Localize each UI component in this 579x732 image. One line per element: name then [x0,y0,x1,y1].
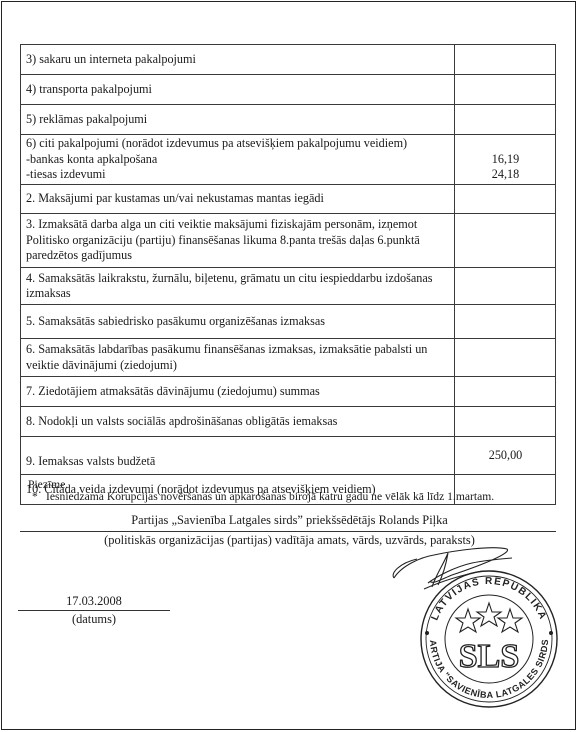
table-row: 7. Ziedotājiem atmaksātās dāvinājumu (zi… [21,377,556,407]
row-label: 5) reklāmas pakalpojumi [21,105,455,135]
row-value: 250,00 [455,437,556,475]
row-value [455,185,556,214]
row-label: 3) sakaru un interneta pakalpojumi [21,45,455,75]
sub-item-label: -bankas konta apkalpošana [26,152,449,168]
sub-item-value: 24,18 [460,167,551,183]
row-label: 6) citi pakalpojumi (norādot izdevumus p… [26,136,449,152]
row-value [455,377,556,407]
row-value [455,305,556,339]
table-row: 4. Samaksātās laikrakstu, žurnālu, biļet… [21,268,556,305]
row-label: 3. Izmaksātā darba alga un citi veiktie … [21,214,455,268]
row-label: 6. Samaksātās labdarības pasākumu finans… [21,339,455,377]
row-label: 2. Maksājumi par kustamas un/vai nekusta… [21,185,455,214]
note-item: * Iesniedzama Korupcijas novēršanas un a… [46,490,494,504]
row-label: 5. Samaksātās sabiedrisko pasākumu organ… [21,305,455,339]
table-row: 3. Izmaksātā darba alga un citi veiktie … [21,214,556,268]
row-label: 8. Nodokļi un valsts sociālās apdrošināš… [21,407,455,437]
sub-item-value: 16,19 [460,152,551,168]
note-text: Iesniedzama Korupcijas novēršanas un apk… [46,490,494,503]
table-row: 3) sakaru un interneta pakalpojumi [21,45,556,75]
signature-line [20,531,556,532]
row-value [455,339,556,377]
row-value [455,214,556,268]
date-value: 17.03.2008 [18,594,170,611]
note-marker: * [32,490,38,504]
row-label-group: 6) citi pakalpojumi (norādot izdevumus p… [21,135,455,185]
row-label: 4) transporta pakalpojumi [21,75,455,105]
table-row: 6. Samaksātās labdarības pasākumu finans… [21,339,556,377]
table-row: 9. Iemaksas valsts budžetā 250,00 [21,437,556,475]
signatory-name: Partijas „Savienība Latgales sirds” prie… [0,513,579,528]
seal-stamp-icon: LATVIJAS REPUBLIKA PARTIJA "SAVIENĪBA LA… [372,545,572,715]
table-row: 6) citi pakalpojumi (norādot izdevumus p… [21,135,556,185]
row-value [455,75,556,105]
table-row: 2. Maksājumi par kustamas un/vai nekusta… [21,185,556,214]
svg-text:LATVIJAS REPUBLIKA: LATVIJAS REPUBLIKA [430,576,549,622]
row-label: 4. Samaksātās laikrakstu, žurnālu, biļet… [21,268,455,305]
table-row: 4) transporta pakalpojumi [21,75,556,105]
row-value [455,407,556,437]
row-value [455,268,556,305]
row-value-group: 16,19 24,18 [455,135,556,185]
expenses-table: 3) sakaru un interneta pakalpojumi 4) tr… [20,44,556,505]
date-caption: (datums) [18,612,170,627]
table-row: 5. Samaksātās sabiedrisko pasākumu organ… [21,305,556,339]
table-row: 8. Nodokļi un valsts sociālās apdrošināš… [21,407,556,437]
row-label: 9. Iemaksas valsts budžetā [21,437,455,475]
svg-text:PARTIJA "SAVIENĪBA LATGALES SI: PARTIJA "SAVIENĪBA LATGALES SIRDS" [372,545,550,700]
sub-item-label: -tiesas izdevumi [26,167,449,183]
svg-text:SLS: SLS [459,638,520,675]
table-row: 5) reklāmas pakalpojumi [21,105,556,135]
row-label: 7. Ziedotājiem atmaksātās dāvinājumu (zi… [21,377,455,407]
row-value [455,45,556,75]
row-value [455,105,556,135]
